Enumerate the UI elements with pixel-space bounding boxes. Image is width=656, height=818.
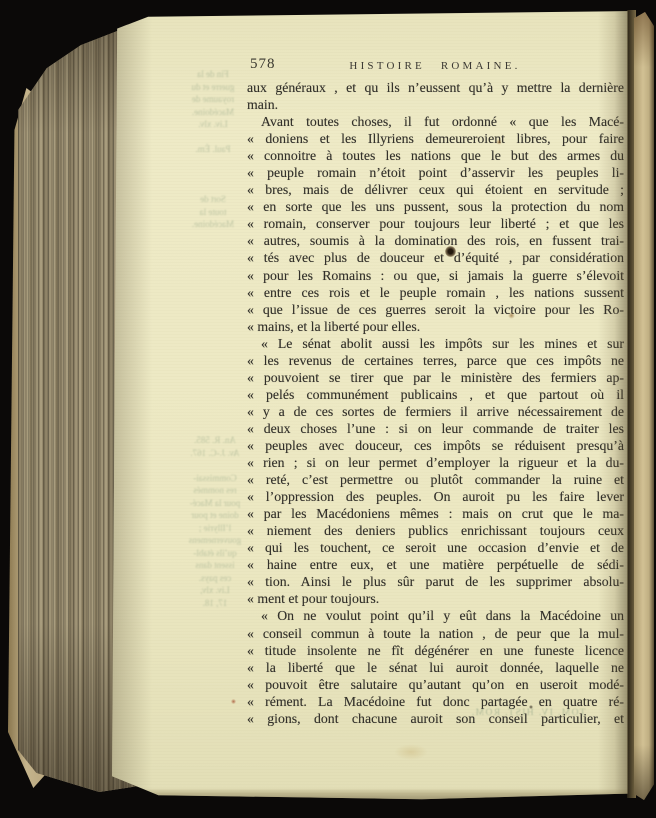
text-line: « autres, soumis à la domination des roi… <box>247 232 624 249</box>
bleedthrough-line: guerre et du <box>168 81 258 94</box>
text-line: « rément. La Macédoine fut donc partagée… <box>247 693 624 710</box>
bleedthrough-line: Macédoine. <box>168 218 258 231</box>
text-line: « par les Macédoniens mêmes : mais on cr… <box>247 505 624 522</box>
text-line: « On ne voulut point qu’il y eût dans la… <box>247 607 624 624</box>
bleedthrough-line: toute la <box>168 206 258 219</box>
text-line: « que l’issue de ces guerres seroit la v… <box>247 301 624 318</box>
text-line: « l’oppression des peuples. On auroit pu… <box>247 488 624 505</box>
text-line: « Le sénat abolit aussi les impôts sur l… <box>247 335 624 352</box>
bleedthrough-line: royaume de <box>168 93 258 106</box>
text-line: « qui les touchent, ce seroit une occasi… <box>247 539 624 556</box>
text-line: « les revenus de certaines terres, parce… <box>247 352 624 369</box>
text-line: « peuples avec douceur, ces impôts se ré… <box>247 437 624 454</box>
bleedthrough-line: Liv. xlv. <box>168 118 258 131</box>
text-line: « ment et pour toujours. <box>247 590 624 607</box>
red-speck <box>231 699 236 704</box>
text-line: « tion. Ainsi le plus sûr parut de les s… <box>247 573 624 590</box>
text-line: « conseil commun à toute la nation , de … <box>247 625 624 642</box>
text-line: « bres, mais de délivrer ceux qui étoien… <box>247 181 624 198</box>
scanned-book-photo: Fin de laguerre et duroyaume deMacédoine… <box>0 0 656 818</box>
text-line: « connoitre à toutes les nations que le … <box>247 147 624 164</box>
text-line: « doniens et les Illyriens demeureroient… <box>247 130 624 147</box>
text-line: « romain, conserver pour toujours leur l… <box>247 215 624 232</box>
text-line: « rien ; si on leur permet d’employer la… <box>247 454 624 471</box>
text-line: « pouvoit être salutaire qu’autant qu’on… <box>247 676 624 693</box>
bleedthrough-line <box>168 156 258 169</box>
text-line: main. <box>247 96 624 113</box>
facing-page-edge <box>634 12 654 800</box>
text-line: Avant toutes choses, il fut ordonné « qu… <box>247 113 624 130</box>
bleedthrough-line: Macédoine. <box>168 106 258 119</box>
left-margin-shadow <box>112 8 152 800</box>
text-line: « entre ces rois et le peuple romain , l… <box>247 284 624 301</box>
text-line: « y a de ces sortes de fermiers il arriv… <box>247 403 624 420</box>
bleedthrough-line: Sort de <box>168 193 258 206</box>
body-text: aux généraux , et qu ils n’eussent qu’à … <box>247 79 624 727</box>
text-line: « titude insolente ne fît dégénérer en u… <box>247 642 624 659</box>
text-line: « niement des deniers publics enrichissa… <box>247 522 624 539</box>
text-line: « pour les Romains : ou que, si jamais l… <box>247 267 624 284</box>
bleedthrough-text: Fin de laguerre et duroyaume deMacédoine… <box>168 68 258 231</box>
bleedthrough-line <box>168 168 258 181</box>
text-line: « gions, dont chacune auroit son conseil… <box>247 710 624 727</box>
bleedthrough-line <box>168 181 258 194</box>
text-line: « peuple romain n’étoit point d’asservir… <box>247 164 624 181</box>
book-page: Fin de laguerre et duroyaume deMacédoine… <box>112 8 628 800</box>
text-line: « deux choses l’une : si on leur command… <box>247 420 624 437</box>
text-line: « la liberté que le sénat lui auroit don… <box>247 659 624 676</box>
text-line: « haine entre eux, et une matière perpét… <box>247 556 624 573</box>
text-line: aux généraux , et qu ils n’eussent qu’à … <box>247 79 624 96</box>
text-line: « mains, et la liberté pour elles. <box>247 318 624 335</box>
paper-stain <box>394 744 428 760</box>
text-line: « reté, c’est permettre ou plutôt comman… <box>247 471 624 488</box>
text-line: « en sorte que les uns pussent, sous la … <box>247 198 624 215</box>
text-line: « pouvoient se tirer que par le ministèr… <box>247 369 624 386</box>
running-title: HISTOIRE ROMAINE. <box>247 60 623 72</box>
page-bottom-edge <box>112 788 628 800</box>
text-line: « pelés communément publicains , et que … <box>247 386 624 403</box>
bleedthrough-line: Fin de la <box>168 68 258 81</box>
bleedthrough-line <box>168 131 258 144</box>
text-line: « tés avec plus de douceur et d’équité ,… <box>247 249 624 266</box>
bleedthrough-line: Paul. Ém. <box>168 143 258 156</box>
